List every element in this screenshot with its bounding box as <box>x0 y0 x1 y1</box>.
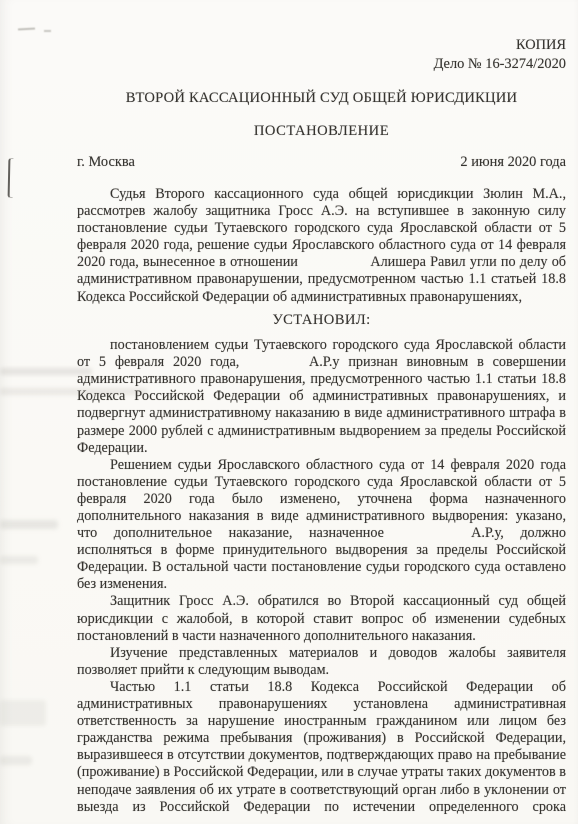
scan-smudge <box>0 520 58 529</box>
court-name: ВТОРОЙ КАССАЦИОННЫЙ СУД ОБЩЕЙ ЮРИСДИКЦИИ <box>77 89 566 107</box>
redacted-name-gap <box>302 265 366 266</box>
ruling-paragraph-city-court: постановлением судьи Тутаевского городск… <box>77 337 566 457</box>
scanned-court-document-page: КОПИЯ Дело № 16-3274/2020 ВТОРОЙ КАССАЦИ… <box>0 0 578 824</box>
header-right-block: КОПИЯ Дело № 16-3274/2020 <box>77 36 566 74</box>
scan-speck <box>18 28 35 31</box>
law-citation-paragraph: Частью 1.1 статьи 18.8 Кодекса Российско… <box>77 679 566 816</box>
scan-smudge <box>0 700 46 726</box>
city-label: г. Москва <box>77 153 135 171</box>
copy-stamp-label: КОПИЯ <box>77 36 566 55</box>
preamble-paragraph: Судья Второго кассационного суда общей ю… <box>77 186 566 306</box>
section-heading-ustanovil: УСТАНОВИЛ: <box>77 312 566 329</box>
case-number: Дело № 16-3274/2020 <box>77 55 566 74</box>
scan-smudge <box>0 756 32 765</box>
scan-speck <box>44 30 51 32</box>
redacted-name-gap <box>401 536 455 537</box>
redacted-name-gap <box>248 365 300 366</box>
place-date-row: г. Москва 2 июня 2020 года <box>77 153 566 171</box>
ruling-paragraph-regional-court: Решением судьи Ярославского областного с… <box>77 457 566 594</box>
scan-smudge <box>0 556 38 564</box>
pen-mark-bracket <box>8 158 14 198</box>
review-paragraph: Изучение представленных материалов и дов… <box>77 645 566 679</box>
date-label: 2 июня 2020 года <box>460 153 566 171</box>
document-type-title: ПОСТАНОВЛЕНИЕ <box>77 122 566 140</box>
preamble-block: Судья Второго кассационного суда общей ю… <box>77 186 566 306</box>
document-body: постановлением судьи Тутаевского городск… <box>77 337 566 816</box>
complaint-paragraph: Защитник Гросс А.Э. обратился во Второй … <box>77 593 566 644</box>
